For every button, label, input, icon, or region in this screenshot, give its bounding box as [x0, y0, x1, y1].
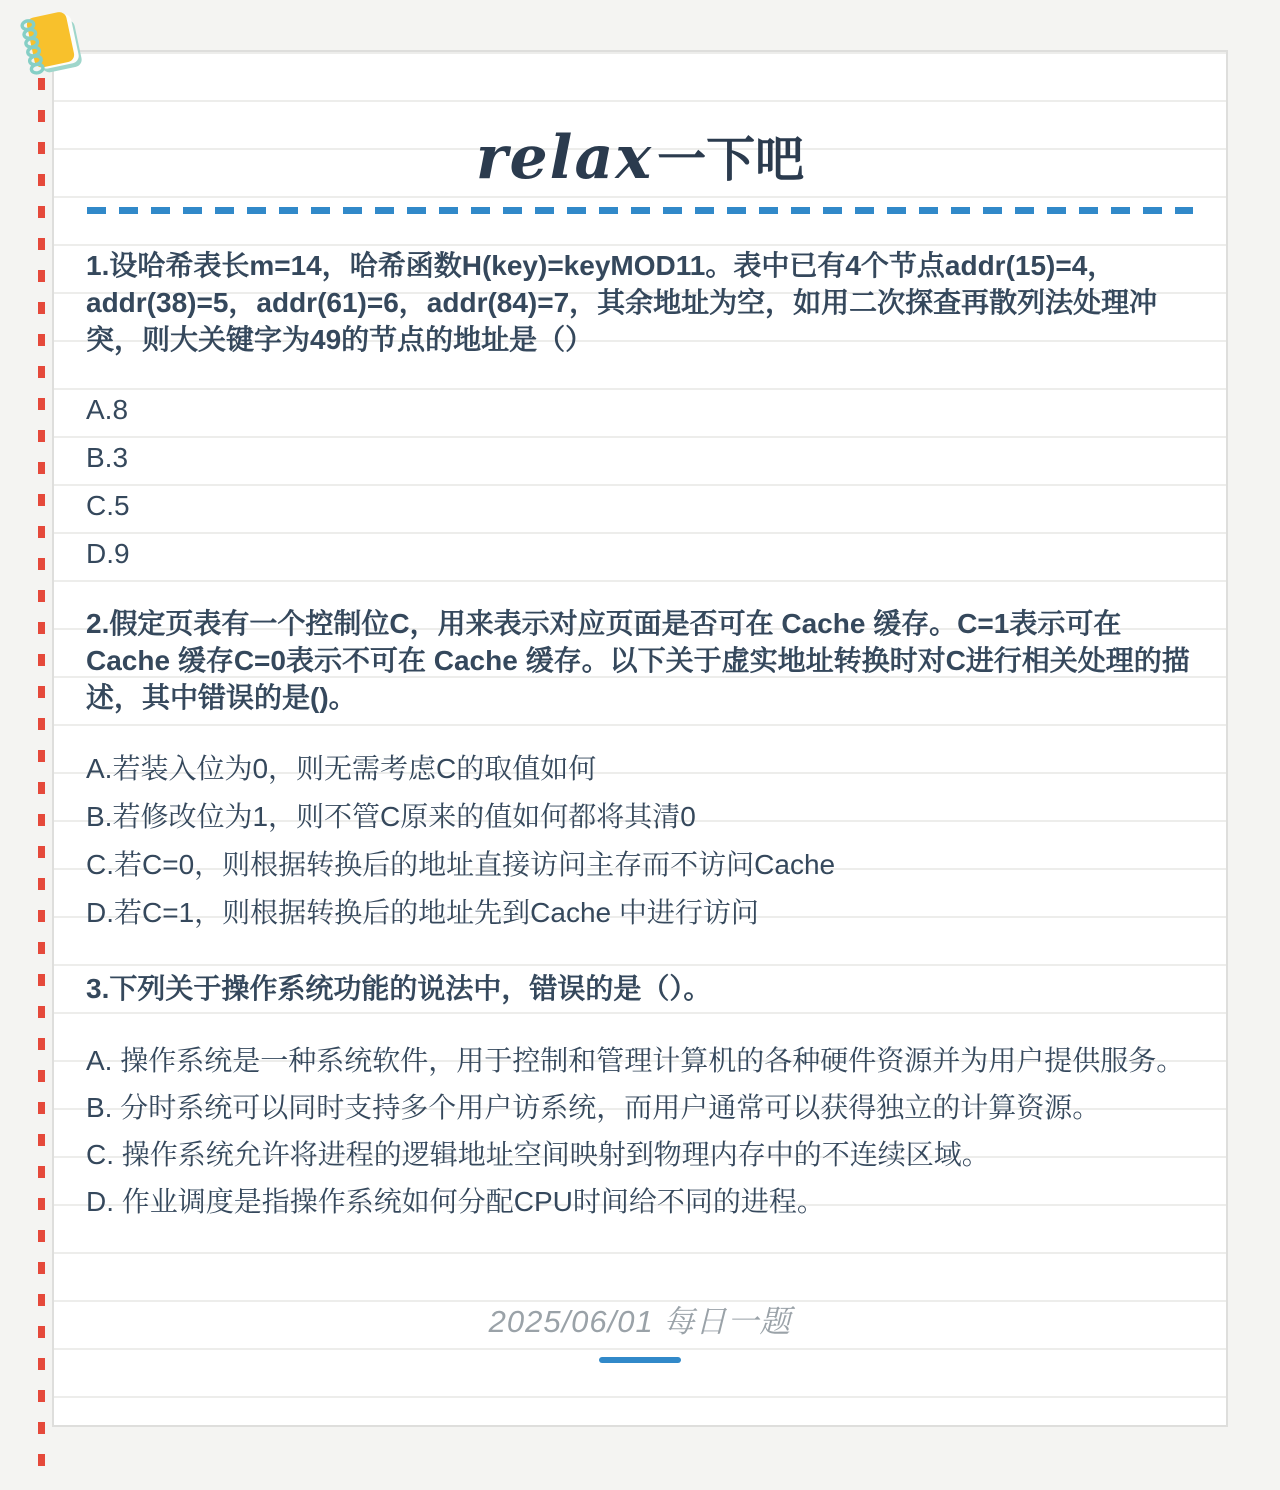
question-2-option-a: A.若装入位为0，则无需考虑C的取值如何: [86, 745, 1190, 793]
notebook-icon: [20, 6, 92, 80]
question-2-options: A.若装入位为0，则无需考虑C的取值如何 B.若修改位为1，则不管C原来的值如何…: [86, 745, 1190, 937]
question-1-stem: 1.设哈希表长m=14，哈希函数H(key)=keyMOD11。表中已有4个节点…: [86, 247, 1190, 358]
question-2-stem: 2.假定页表有一个控制位C，用来表示对应页面是否可在 Cache 缓存。C=1表…: [86, 605, 1190, 716]
title-script-text: relax: [476, 123, 653, 193]
question-3-option-d: D. 作业调度是指操作系统如何分配CPU时间给不同的进程。: [86, 1178, 1190, 1225]
page-title: relax一下吧: [54, 122, 1226, 210]
footer-underline-bar: [599, 1357, 681, 1363]
question-3-option-b: B. 分时系统可以同时支持多个用户访系统，而用户通常可以获得独立的计算资源。: [86, 1084, 1190, 1131]
question-3-options: A. 操作系统是一种系统软件，用于控制和管理计算机的各种硬件资源并为用户提供服务…: [86, 1037, 1190, 1225]
question-1-option-c: C.5: [86, 482, 1190, 530]
question-2-option-b: B.若修改位为1，则不管C原来的值如何都将其清0: [86, 793, 1190, 841]
question-2-option-d: D.若C=1，则根据转换后的地址先到Cache 中进行访问: [86, 889, 1190, 937]
question-3-stem: 3.下列关于操作系统功能的说法中，错误的是（）。: [86, 970, 1190, 1007]
question-1-option-a: A.8: [86, 386, 1190, 434]
footer-date-caption: 2025/06/01 每日一题: [54, 1302, 1226, 1342]
question-3-option-a: A. 操作系统是一种系统软件，用于控制和管理计算机的各种硬件资源并为用户提供服务…: [86, 1037, 1190, 1084]
question-1-options: A.8 B.3 C.5 D.9: [86, 386, 1190, 578]
margin-dashed-line: [38, 78, 45, 1472]
title-dashed-divider: [87, 207, 1193, 214]
question-2-option-c: C.若C=0，则根据转换后的地址直接访问主存而不访问Cache: [86, 841, 1190, 889]
question-3-option-c: C. 操作系统允许将进程的逻辑地址空间映射到物理内存中的不连续区域。: [86, 1131, 1190, 1178]
question-1-option-b: B.3: [86, 434, 1190, 482]
question-card: relax一下吧 1.设哈希表长m=14，哈希函数H(key)=keyMOD11…: [52, 50, 1228, 1427]
title-cjk-text: 一下吧: [657, 133, 804, 187]
question-1-option-d: D.9: [86, 530, 1190, 578]
